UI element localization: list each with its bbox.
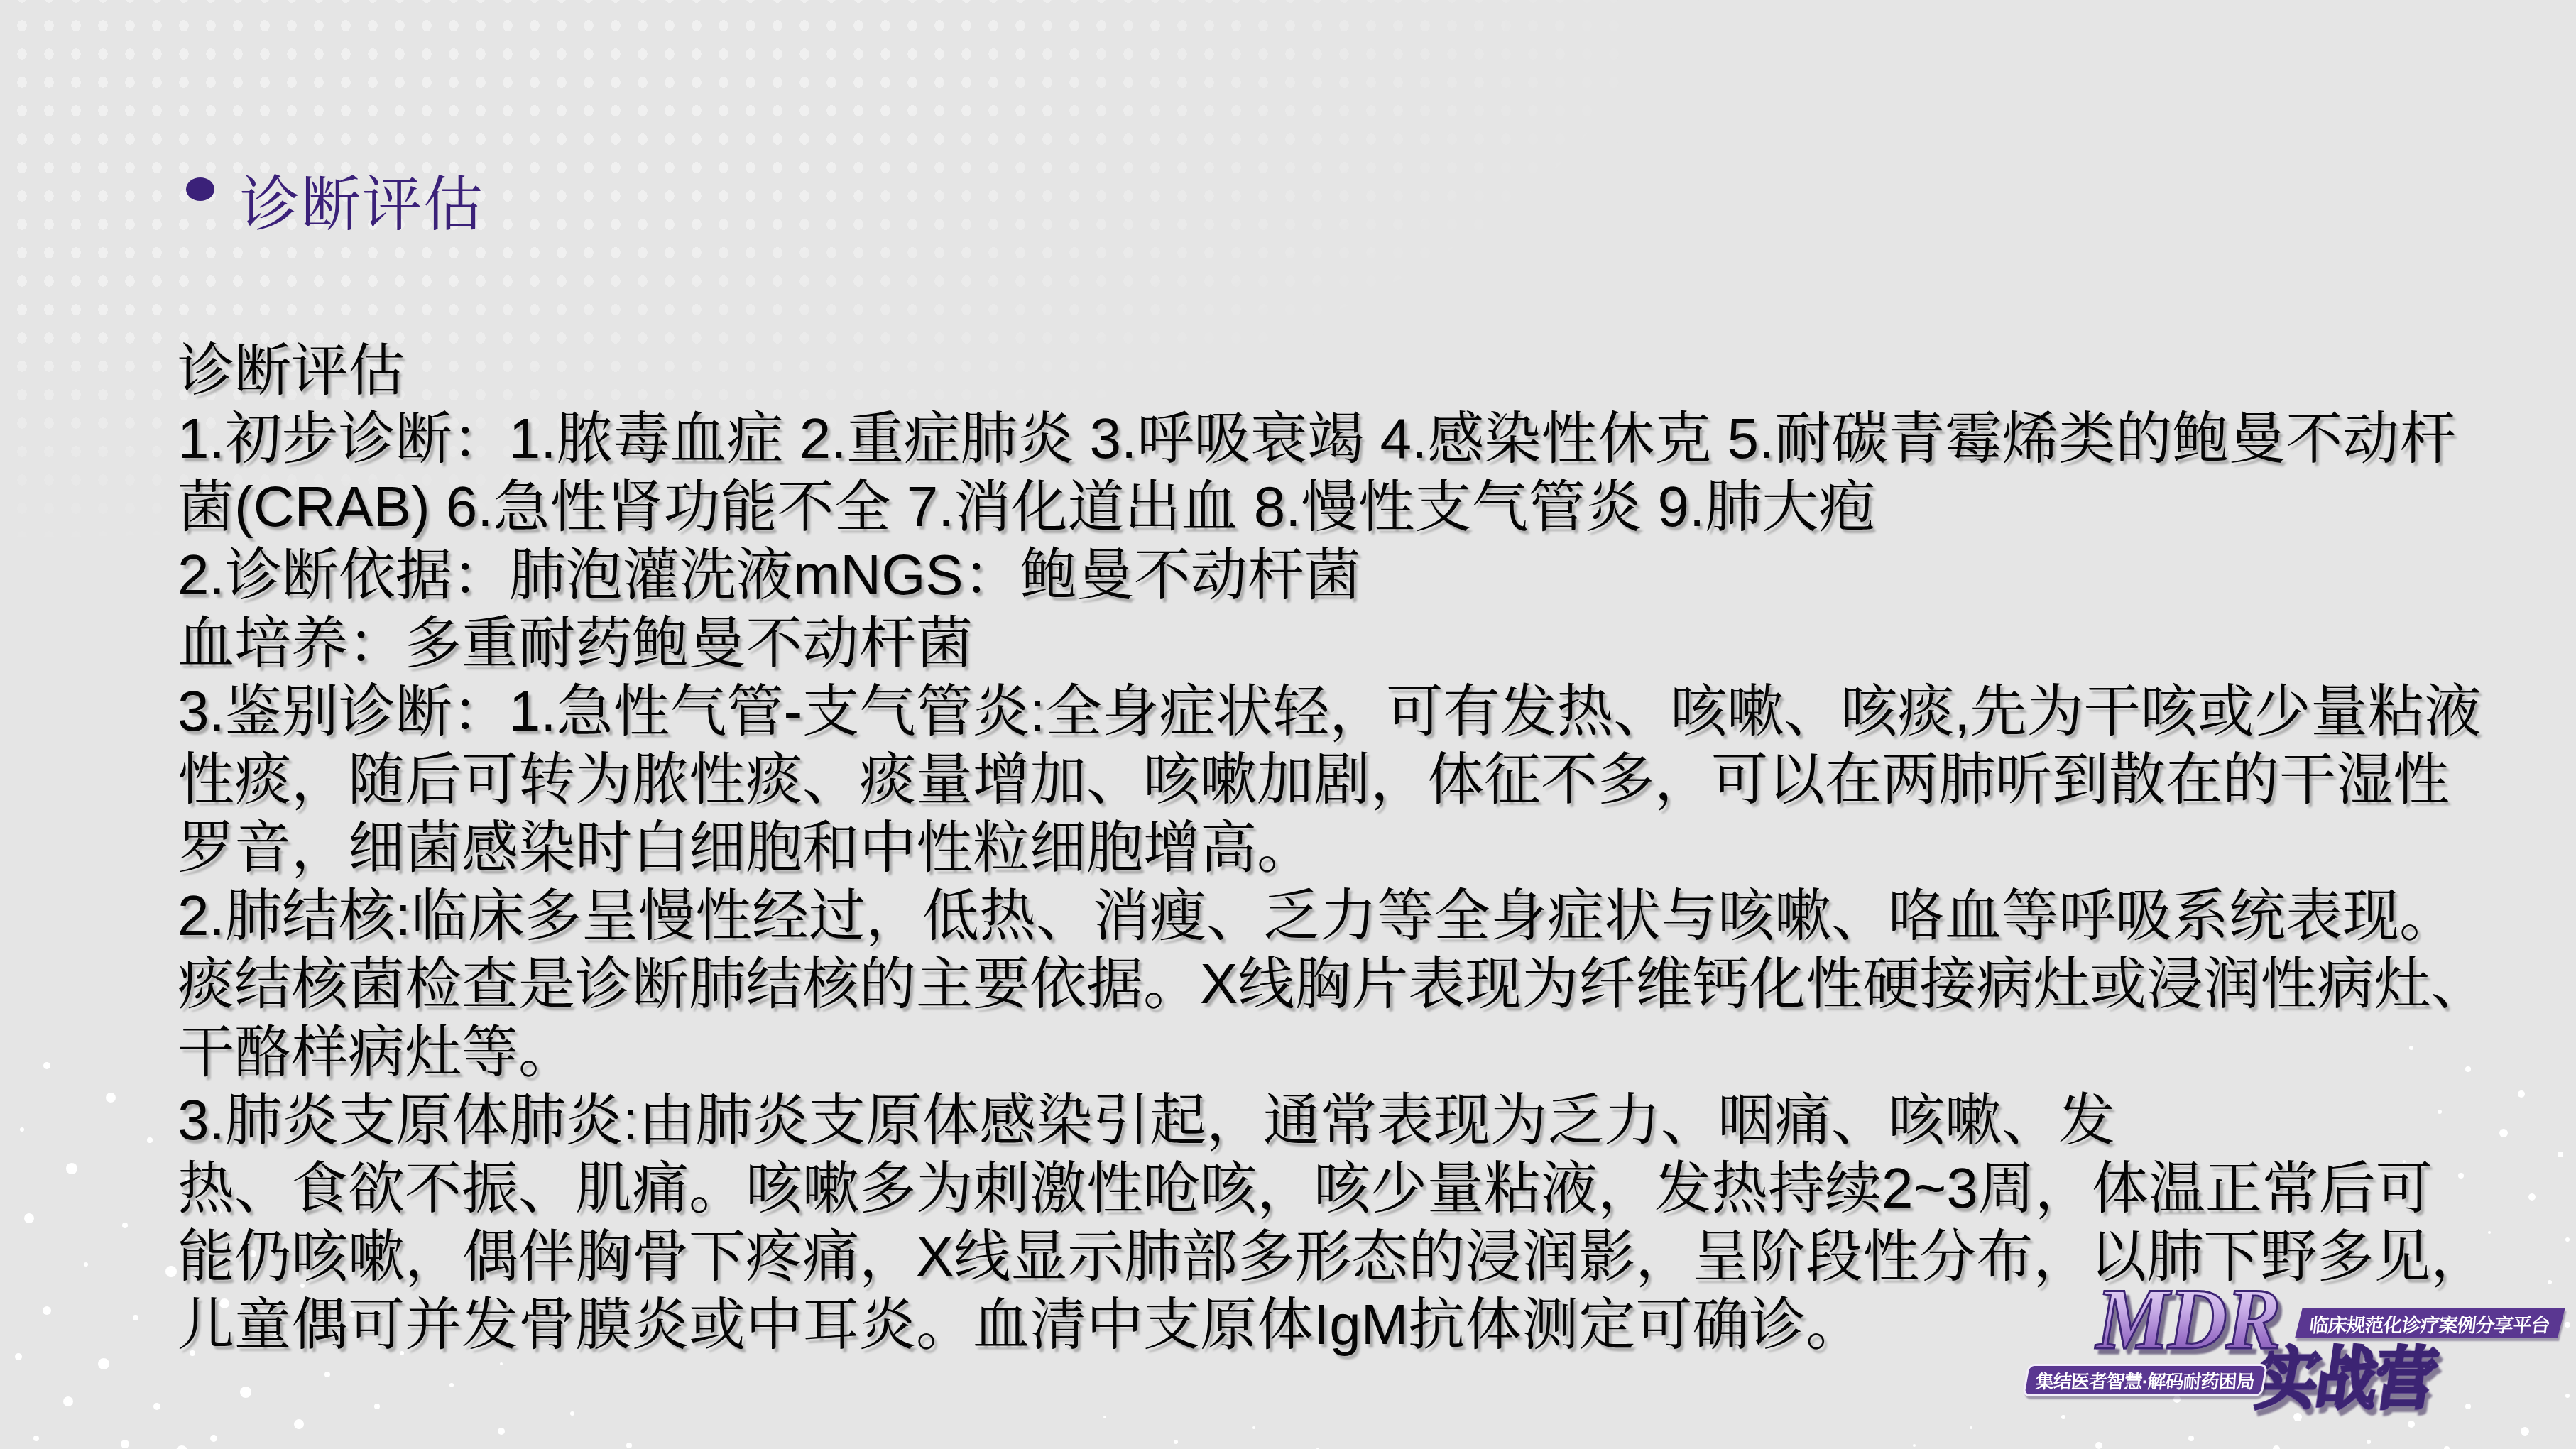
mdr-logo-tagline-top: 临床规范化诊疗案例分享平台 (2308, 1310, 2551, 1338)
mdr-logo-tagline-top-banner: 临床规范化诊疗案例分享平台 (2295, 1308, 2565, 1338)
slide-title: 诊断评估 (240, 169, 484, 240)
slide-body-text: 诊断评估 1.初步诊断：1.脓毒血症 2.重症肺炎 3.呼吸衰竭 4.感染性休克… (178, 337, 2549, 1359)
mdr-logo-tagline-bottom: 集结医者智慧·解码耐药困局 (2035, 1367, 2255, 1394)
mdr-logo-brand-sub: 实战营 (2253, 1346, 2439, 1413)
slide-title-row: 诊断评估 (186, 169, 484, 240)
white-dots-scatter-bottom-left (0, 0, 9, 9)
mdr-logo-brand: MDR (2096, 1276, 2279, 1363)
bullet-icon (186, 177, 214, 201)
mdr-logo-tagline-bottom-banner: 集结医者智慧·解码耐药困局 (2022, 1364, 2268, 1396)
white-dots-scatter-bottom-right (0, 0, 9, 9)
slide: { "slide": { "title": { "text": "诊断评估" }… (0, 0, 2576, 1449)
